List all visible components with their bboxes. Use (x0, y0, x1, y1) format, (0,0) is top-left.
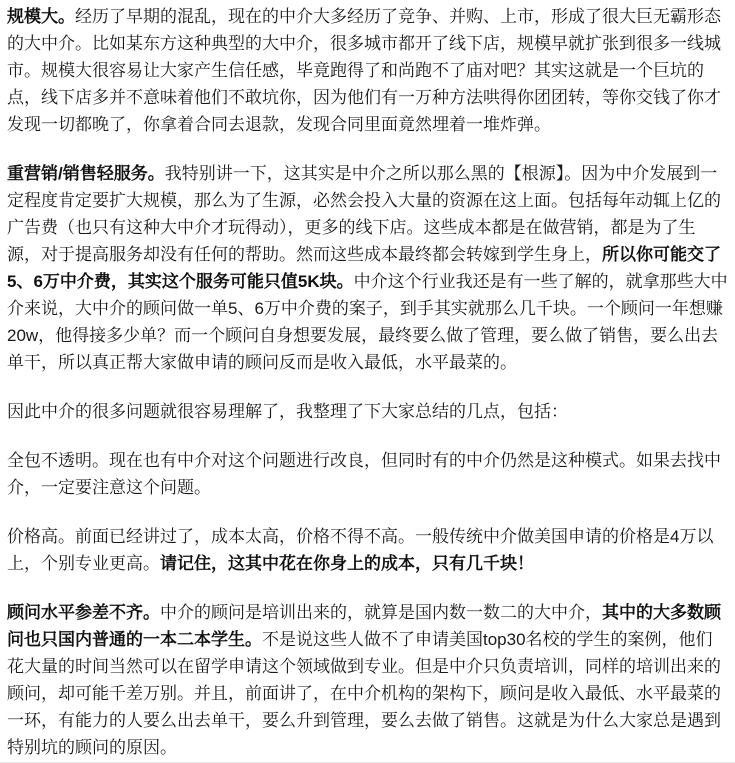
paragraph: 规模大。经历了早期的混乱，现在的中介大多经历了竞争、并购、上市，形成了很大巨无霸… (7, 3, 728, 138)
paragraph: 全包不透明。现在也有中介对这个问题进行改良，但同时有的中介仍然是这种模式。如果去… (7, 447, 728, 501)
bold-text-segment: 重营销/销售轻服务。 (7, 164, 165, 183)
bold-text-segment: 顾问水平参差不齐。 (7, 603, 160, 622)
text-segment: 不是说这些人做不了申请美国top30名校的学生的案例，他们花大量的时间当然可以在… (7, 630, 721, 757)
paragraph: 顾问水平参差不齐。中介的顾问是培训出来的，就算是国内数一数二的大中介，其中的大多… (7, 599, 728, 761)
text-segment: 经历了早期的混乱，现在的中介大多经历了竞争、并购、上市，形成了很大巨无霸形态的大… (7, 7, 721, 134)
text-segment: 因此中介的很多问题就很容易理解了，我整理了下大家总结的几点，包括： (7, 402, 568, 421)
bold-text-segment: 规模大。 (7, 7, 75, 26)
paragraph: 因此中介的很多问题就很容易理解了，我整理了下大家总结的几点，包括： (7, 398, 728, 425)
text-segment: 全包不透明。现在也有中介对这个问题进行改良，但同时有的中介仍然是这种模式。如果去… (7, 451, 721, 497)
paragraph: 重营销/销售轻服务。我特别讲一下，这其实是中介之所以那么黑的【根源】。因为中介发… (7, 160, 728, 376)
text-segment: 中介的顾问是培训出来的，就算是国内数一数二的大中介， (160, 603, 602, 622)
bold-text-segment: 请记住，这其中花在你身上的成本，只有几千块！ (160, 554, 534, 573)
article-body: 规模大。经历了早期的混乱，现在的中介大多经历了竞争、并购、上市，形成了很大巨无霸… (0, 0, 735, 763)
paragraph: 价格高。前面已经讲过了，成本太高，价格不得不高。一般传统中介做美国申请的价格是4… (7, 523, 728, 577)
